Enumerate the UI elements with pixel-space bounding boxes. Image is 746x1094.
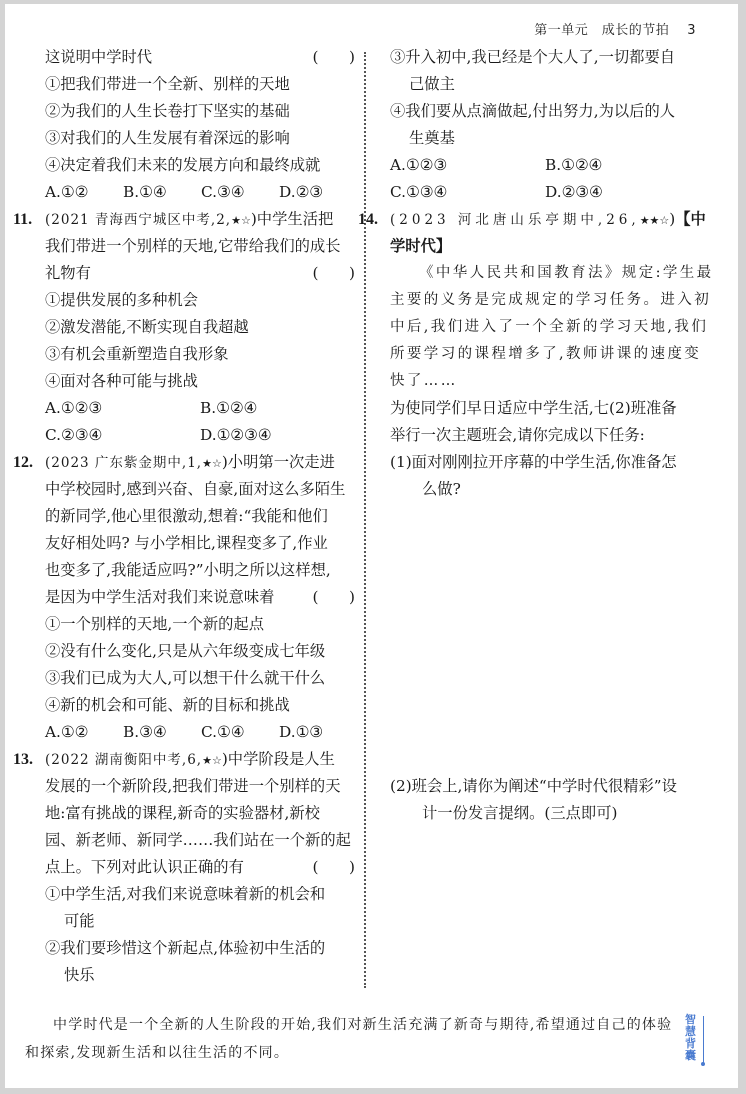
choice-item: ④决定着我们未来的发展方向和最终成就 xyxy=(45,152,355,179)
intro-line: 举行一次主题班会,请你完成以下任务: xyxy=(390,422,710,449)
badge-dot-icon xyxy=(701,1062,705,1066)
question-13: 13.(2022 湖南衡阳中考,6,★☆)中学阶段是人生 发展的一个新阶段,把我… xyxy=(45,746,355,989)
stem: 中学阶段是人生 xyxy=(228,750,335,768)
choice-item: ④我们要从点滴做起,付出努力,为以后的人 xyxy=(390,98,710,125)
page-number: 3 xyxy=(687,23,696,38)
option-c: C.①③④ xyxy=(390,179,545,206)
wisdom-badge: 智慧背囊 xyxy=(685,1014,699,1062)
question-source: (2021 青海西宁城区中考,2, xyxy=(45,212,231,228)
answer-paren: ( ) xyxy=(312,260,355,287)
right-column: ③升入初中,我已经是个大人了,一切都要自 己做主 ④我们要从点滴做起,付出努力,… xyxy=(390,44,710,997)
option-b: B.③④ xyxy=(123,719,201,746)
stem-line: 地:富有挑战的课程,新奇的实验器材,新校 xyxy=(45,800,355,827)
stem-line: 点上。下列对此认识正确的有 xyxy=(45,858,244,876)
choice-item: ④新的机会和可能、新的目标和挑战 xyxy=(45,692,355,719)
option-b: B.①④ xyxy=(123,179,201,206)
question-number: 14. xyxy=(358,206,390,233)
question-source: (2022 湖南衡阳中考,6, xyxy=(45,752,202,768)
material-line: 中后,我们进入了一个全新的学习天地,我们 xyxy=(390,314,710,341)
textbook-page: 第一单元 成长的节拍3 这说明中学时代( ) ①把我们带进一个全新、别样的天地 … xyxy=(5,4,738,1088)
option-d: D.①③ xyxy=(279,719,357,746)
topic-tag-cont: 学时代】 xyxy=(390,233,710,260)
option-b: B.①②④ xyxy=(200,395,355,422)
stem-line: 也变多了,我能适应吗?”小明之所以这样想, xyxy=(45,557,355,584)
answer-paren: ( ) xyxy=(312,584,355,611)
material-line: 所要学习的课程增多了,教师讲课的速度变 xyxy=(390,341,710,368)
question-source: (2023 河北唐山乐亭期中,26, xyxy=(390,212,640,228)
answer-options: A.①②B.③④C.①④D.①③ xyxy=(45,719,355,746)
answer-options: A.①②B.①④C.③④D.②③ xyxy=(45,179,355,206)
stem: 中学生活把 xyxy=(257,210,334,228)
left-column: 这说明中学时代( ) ①把我们带进一个全新、别样的天地 ②为我们的人生长卷打下坚… xyxy=(45,44,355,989)
choice-item: ①一个别样的天地,一个新的起点 xyxy=(45,611,355,638)
choice-item-cont: 可能 xyxy=(45,908,355,935)
difficulty-star-icon: ★★☆ xyxy=(640,214,670,227)
task-1-cont: 么做? xyxy=(390,476,710,503)
difficulty-star-icon: ★☆ xyxy=(202,754,222,767)
choice-item: ②激发潜能,不断实现自我超越 xyxy=(45,314,355,341)
choice-item: ①提供发展的多种机会 xyxy=(45,287,355,314)
tip-line: 和探索,发现新生活和以往生活的不同。 xyxy=(25,1039,685,1067)
stem-line: 中学校园时,感到兴奋、自豪,面对这么多陌生 xyxy=(45,476,355,503)
choice-item: ④面对各种可能与挑战 xyxy=(45,368,355,395)
page-header: 第一单元 成长的节拍3 xyxy=(534,19,696,38)
question-number: 13. xyxy=(13,746,45,773)
stem-line: 园、新老师、新同学……我们站在一个新的起 xyxy=(45,827,355,854)
option-a: A.①②③ xyxy=(390,152,545,179)
choice-item: ②没有什么变化,只是从六年级变成七年级 xyxy=(45,638,355,665)
answer-space-1[interactable] xyxy=(390,503,710,773)
stem: 这说明中学时代 xyxy=(45,48,152,66)
choice-item: ③我们已成为大人,可以想干什么就干什么 xyxy=(45,665,355,692)
option-d: D.②③ xyxy=(279,179,357,206)
material-line: 《中华人民共和国教育法》规定:学生最 xyxy=(390,260,710,287)
choice-item: ②为我们的人生长卷打下坚实的基础 xyxy=(45,98,355,125)
task-1: (1)面对刚刚拉开序幕的中学生活,你准备怎 xyxy=(390,449,710,476)
answer-paren: ( ) xyxy=(312,854,355,881)
choice-item-cont: 快乐 xyxy=(45,962,355,989)
topic-tag: 【中 xyxy=(675,210,706,228)
option-d: D.①②③④ xyxy=(200,422,355,449)
question-14: 14.(2023 河北唐山乐亭期中,26,★★☆)【中 学时代】 《中华人民共和… xyxy=(390,206,710,997)
question-11: 11.(2021 青海西宁城区中考,2,★☆)中学生活把 我们带进一个别样的天地… xyxy=(45,206,355,449)
answer-space-2[interactable] xyxy=(390,827,710,997)
tip-line: 中学时代是一个全新的人生阶段的开始,我们对新生活充满了新奇与期待,希望通过自己的… xyxy=(25,1011,685,1039)
choice-item: ③升入初中,我已经是个大人了,一切都要自 xyxy=(390,44,710,71)
question-number: 11. xyxy=(13,206,45,233)
option-a: A.①② xyxy=(45,179,123,206)
stem-line: 礼物有 xyxy=(45,264,91,282)
option-c: C.②③④ xyxy=(45,422,200,449)
answer-options: A.①②③B.①②④ xyxy=(390,152,710,179)
task-2: (2)班会上,请你为阐述“中学时代很精彩”设 xyxy=(390,773,710,800)
option-c: C.③④ xyxy=(201,179,279,206)
material-line: 快了…… xyxy=(390,368,710,395)
material-line: 主要的义务是完成规定的学习任务。进入初 xyxy=(390,287,710,314)
question-12: 12.(2023 广东紫金期中,1,★☆)小明第一次走进 中学校园时,感到兴奋、… xyxy=(45,449,355,746)
intro-line: 为使同学们早日适应中学生活,七(2)班准备 xyxy=(390,395,710,422)
question-number: 12. xyxy=(13,449,45,476)
choice-item-cont: 己做主 xyxy=(390,71,710,98)
stem-line: 友好相处吗? 与小学相比,课程变多了,作业 xyxy=(45,530,355,557)
badge-line-icon xyxy=(703,1016,704,1064)
column-divider xyxy=(364,52,366,988)
option-b: B.①②④ xyxy=(545,152,700,179)
choice-item: ②我们要珍惜这个新起点,体验初中生活的 xyxy=(45,935,355,962)
choice-item: ①中学生活,对我们来说意味着新的机会和 xyxy=(45,881,355,908)
stem-line: 的新同学,他心里很激动,想着:“我能和他们 xyxy=(45,503,355,530)
choice-item-cont: 生奠基 xyxy=(390,125,710,152)
stem-line: 发展的一个新阶段,把我们带进一个别样的天 xyxy=(45,773,355,800)
answer-paren: ( ) xyxy=(312,44,355,71)
option-d: D.②③④ xyxy=(545,179,700,206)
question-13-tail: ③升入初中,我已经是个大人了,一切都要自 己做主 ④我们要从点滴做起,付出努力,… xyxy=(390,44,710,206)
option-c: C.①④ xyxy=(201,719,279,746)
answer-options: C.①③④D.②③④ xyxy=(390,179,710,206)
stem-line: 我们带进一个别样的天地,它带给我们的成长 xyxy=(45,233,355,260)
material-text: 《中华人民共和国教育法》规定:学生最 主要的义务是完成规定的学习任务。进入初 中… xyxy=(390,260,710,395)
answer-options: A.①②③B.①②④ xyxy=(45,395,355,422)
unit-title: 第一单元 成长的节拍 xyxy=(534,23,669,38)
difficulty-star-icon: ★☆ xyxy=(231,214,251,227)
choice-item: ③对我们的人生发展有着深远的影响 xyxy=(45,125,355,152)
difficulty-star-icon: ★☆ xyxy=(202,457,222,470)
stem: 小明第一次走进 xyxy=(228,453,335,471)
task-2-cont: 计一份发言提纲。(三点即可) xyxy=(390,800,710,827)
choice-item: ①把我们带进一个全新、别样的天地 xyxy=(45,71,355,98)
option-a: A.①② xyxy=(45,719,123,746)
answer-options: C.②③④D.①②③④ xyxy=(45,422,355,449)
question-source: (2023 广东紫金期中,1, xyxy=(45,455,202,471)
option-a: A.①②③ xyxy=(45,395,200,422)
stem-line: 是因为中学生活对我们来说意味着 xyxy=(45,588,274,606)
choice-item: ③有机会重新塑造自我形象 xyxy=(45,341,355,368)
question-10-tail: 这说明中学时代( ) ①把我们带进一个全新、别样的天地 ②为我们的人生长卷打下坚… xyxy=(45,44,355,206)
tip-footer: 中学时代是一个全新的人生阶段的开始,我们对新生活充满了新奇与期待,希望通过自己的… xyxy=(25,1011,685,1067)
